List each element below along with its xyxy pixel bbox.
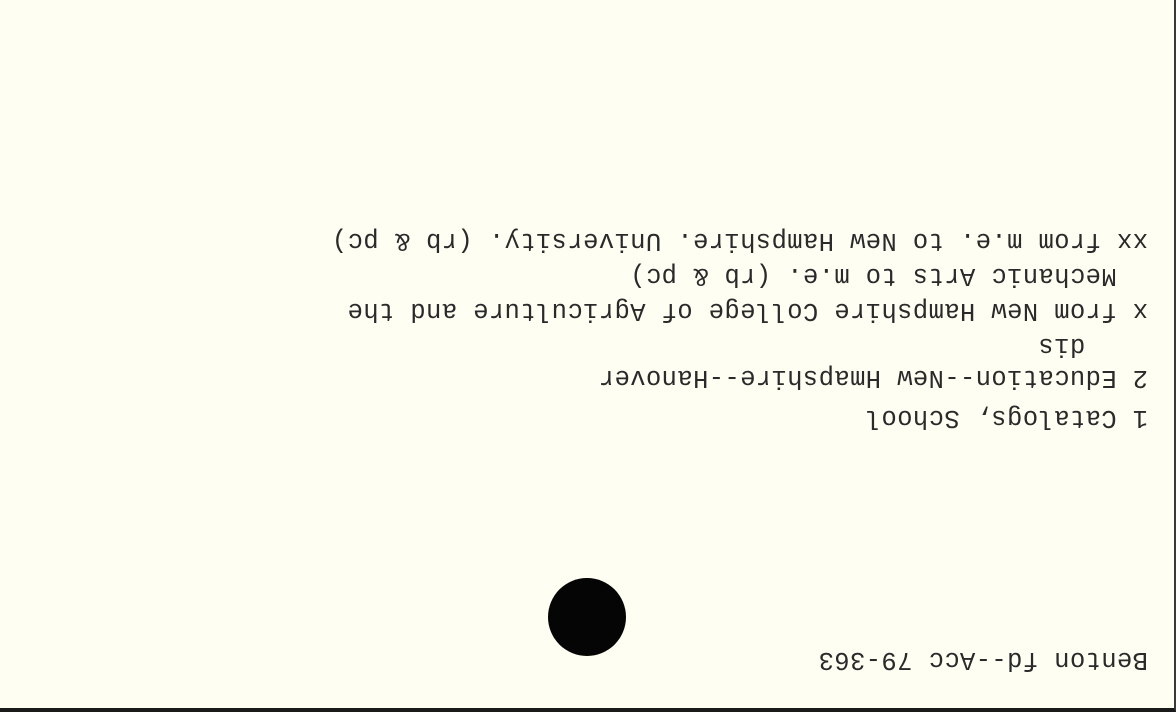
card-text-upside-down: Benton fd--Acc 79-363 1 Catalogs, School… bbox=[0, 0, 1176, 712]
tracing-xx-from: xx from m.e. to New Hampshire. Universit… bbox=[331, 226, 1148, 255]
tracing-x-from: x from New Hampshire College of Agricult… bbox=[347, 296, 1148, 325]
tracing-education: 2 Education--New Hmapshire--Hanover bbox=[598, 363, 1148, 392]
catalog-card: Benton fd--Acc 79-363 1 Catalogs, School… bbox=[0, 0, 1176, 712]
call-number-line: Benton fd--Acc 79-363 bbox=[818, 645, 1148, 674]
tracing-catalogs: 1 Catalogs, School bbox=[865, 403, 1148, 432]
tracing-mechanic-arts: Mechanic Arts to m.e. (rb & pc) bbox=[630, 261, 1148, 290]
tracing-dis: dis bbox=[1038, 331, 1148, 360]
